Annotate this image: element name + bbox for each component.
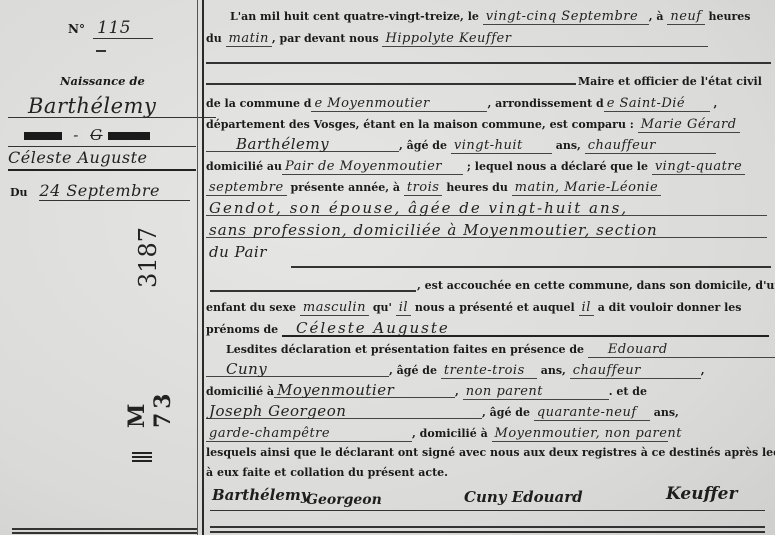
printed-text: , bbox=[714, 97, 718, 110]
handwritten-profession: chauffeur bbox=[585, 139, 716, 154]
signature-witness2: Georgeon bbox=[306, 492, 382, 508]
handwritten-hour: neuf bbox=[667, 10, 704, 25]
blank-rule bbox=[206, 83, 576, 85]
register-number-value: 115 bbox=[93, 18, 153, 39]
redaction-mark bbox=[24, 132, 62, 140]
margin-given-names: Céleste Auguste bbox=[8, 147, 196, 171]
divider-dash bbox=[96, 50, 106, 52]
printed-text: Lesdites déclaration et présentation fai… bbox=[226, 343, 584, 356]
struck-dash: - bbox=[73, 126, 79, 144]
printed-text: , bbox=[701, 364, 705, 377]
printed-text: enfant du sexe bbox=[206, 301, 296, 314]
handwritten-witness1-first: Edouard bbox=[588, 343, 775, 358]
printed-text: , par devant nous bbox=[272, 32, 379, 45]
printed-text: du bbox=[206, 32, 222, 45]
margin-column: N° 115 Naissance de Barthélemy - G Céles… bbox=[0, 0, 202, 535]
stamp-mark bbox=[132, 452, 152, 462]
column-divider bbox=[197, 0, 198, 535]
handwritten-given-names: Céleste Auguste bbox=[282, 321, 769, 337]
printed-text: , âgé de bbox=[482, 406, 530, 419]
handwritten-birth-hour: trois bbox=[404, 181, 443, 196]
line-19: garde-champêtre, domicilié à Moyenmoutie… bbox=[206, 424, 668, 444]
handwritten-pronoun: il bbox=[396, 301, 411, 316]
blank-rule bbox=[206, 62, 771, 64]
printed-text: ans, bbox=[556, 139, 581, 152]
handwritten-witness1-residence: Moyenmoutier bbox=[274, 383, 455, 398]
line-13: enfant du sexe masculin qu' il nous a pr… bbox=[206, 298, 742, 318]
line-12: , est accouchée en cette commune, dans s… bbox=[417, 276, 775, 296]
handwritten-mother-details: Gendot, son épouse, âgée de vingt-huit a… bbox=[206, 201, 767, 216]
line-10: sans profession, domiciliée à Moyenmouti… bbox=[206, 222, 767, 242]
struck-given: G bbox=[90, 126, 102, 144]
printed-text: , âgé de bbox=[389, 364, 437, 377]
margin-surname: Barthélemy bbox=[8, 95, 216, 118]
line-3: Maire et officier de l'état civil bbox=[578, 72, 762, 92]
printed-text: . et de bbox=[609, 385, 647, 398]
printed-text: ; lequel nous a déclaré que le bbox=[467, 160, 648, 173]
handwritten-date: vingt-cinq Septembre bbox=[483, 10, 649, 25]
printed-text: Maire et officier de l'état civil bbox=[578, 75, 762, 88]
line-1: L'an mil huit cent quatre-vingt-treize, … bbox=[230, 7, 750, 27]
signature-mayor: Keuffer bbox=[666, 484, 737, 504]
printed-text: ans, bbox=[654, 406, 679, 419]
line-18: Joseph Georgeon, âgé de quarante-neuf an… bbox=[206, 403, 679, 423]
printed-text: domicilié à bbox=[206, 385, 274, 398]
handwritten-declarant-surname: Barthélemy bbox=[206, 137, 399, 152]
margin-struck-names: - G bbox=[8, 124, 196, 147]
printed-text: ans, bbox=[541, 364, 566, 377]
line-5: département des Vosges, étant en la mais… bbox=[206, 115, 740, 135]
blank-rule bbox=[291, 266, 771, 268]
date-value: 24 Septembre bbox=[39, 181, 190, 201]
printed-text: , âgé de bbox=[399, 139, 447, 152]
handwritten-birth-day: vingt-quatre bbox=[652, 160, 745, 175]
printed-text: a dit vouloir donner les bbox=[598, 301, 742, 314]
printed-text: , bbox=[455, 385, 459, 398]
handwritten-witness1-relation: non parent bbox=[463, 385, 609, 400]
printed-text: , domicilié à bbox=[412, 427, 488, 440]
printed-text: qu' bbox=[373, 301, 392, 314]
handwritten-witness2-residence: Moyenmoutier, non parent bbox=[492, 427, 668, 442]
line-9: Gendot, son épouse, âgée de vingt-huit a… bbox=[206, 200, 767, 220]
signature-declarant: Barthélemy bbox=[212, 486, 310, 504]
certificate-body: L'an mil huit cent quatre-vingt-treize, … bbox=[206, 0, 775, 535]
line-8: septembre présente année, à trois heures… bbox=[206, 178, 661, 198]
handwritten-sex: masculin bbox=[300, 301, 369, 316]
handwritten-witness2-age: quarante-neuf bbox=[534, 406, 650, 421]
printed-text: , à bbox=[649, 10, 664, 23]
printed-text: , est accouchée en cette commune, dans s… bbox=[417, 279, 775, 292]
line-6: Barthélemy, âgé de vingt-huit ans, chauf… bbox=[206, 136, 716, 156]
signature-witness1: Cuny Edouard bbox=[464, 488, 583, 506]
printed-text: de la commune d bbox=[206, 97, 311, 110]
line-21: à eux faite et collation du présent acte… bbox=[206, 463, 448, 483]
handwritten-witness1-age: trente-trois bbox=[441, 364, 537, 379]
margin-heading: Naissance de bbox=[60, 74, 145, 88]
handwritten-witness1-profession: chauffeur bbox=[570, 364, 701, 379]
line-16: Cuny, âgé de trente-trois ans, chauffeur… bbox=[206, 361, 705, 381]
line-2: du matin, par devant nous Hippolyte Keuf… bbox=[206, 29, 708, 49]
printed-text: domicilié au bbox=[206, 160, 282, 173]
stamp-code: M 73 bbox=[124, 350, 176, 428]
handwritten-witness1-surname: Cuny bbox=[206, 362, 389, 377]
handwritten-time-of-day: matin bbox=[226, 32, 272, 47]
line-20: lesquels ainsi que le déclarant ont sign… bbox=[206, 443, 775, 463]
stamp-number: 3187 bbox=[134, 227, 162, 288]
register-number-label: N° bbox=[68, 22, 85, 36]
date-label: Du bbox=[10, 186, 28, 199]
printed-text: à eux faite et collation du présent acte… bbox=[206, 466, 448, 479]
printed-text: département des Vosges, étant en la mais… bbox=[206, 118, 634, 131]
handwritten-commune: e Moyenmoutier bbox=[311, 97, 487, 112]
handwritten-declarant-first: Marie Gérard bbox=[638, 118, 740, 133]
redaction-mark bbox=[108, 132, 150, 140]
margin-date: Du 24 Septembre bbox=[10, 180, 196, 202]
birth-certificate-page: N° 115 Naissance de Barthélemy - G Céles… bbox=[0, 0, 775, 535]
bottom-rule bbox=[210, 526, 765, 528]
printed-text: nous a présenté et auquel bbox=[415, 301, 575, 314]
printed-text: heures bbox=[708, 10, 750, 23]
handwritten-pronoun: il bbox=[579, 301, 594, 316]
handwritten-residence: Pair de Moyenmoutier bbox=[282, 160, 463, 175]
handwritten-section: du Pair bbox=[206, 245, 270, 259]
bottom-rule bbox=[12, 532, 198, 534]
bottom-rule bbox=[210, 531, 765, 533]
line-7: domicilié auPair de Moyenmoutier ; leque… bbox=[206, 157, 745, 177]
line-4: de la commune de Moyenmoutier, arrondiss… bbox=[206, 94, 717, 114]
handwritten-arrondissement: e Saint-Dié bbox=[604, 97, 710, 112]
register-number: N° 115 bbox=[68, 18, 153, 38]
printed-text: , arrondissement d bbox=[487, 97, 603, 110]
handwritten-age: vingt-huit bbox=[451, 139, 552, 154]
handwritten-month: septembre bbox=[206, 181, 287, 196]
line-14: prénoms de Céleste Auguste bbox=[206, 320, 769, 340]
handwritten-witness2-name: Joseph Georgeon bbox=[206, 404, 482, 419]
handwritten-mayor: Hippolyte Keuffer bbox=[382, 32, 708, 47]
column-divider bbox=[202, 0, 204, 535]
line-15: Lesdites déclaration et présentation fai… bbox=[226, 340, 775, 360]
printed-text: lesquels ainsi que le déclarant ont sign… bbox=[206, 446, 775, 459]
signature-rule bbox=[210, 510, 765, 511]
printed-text: présente année, à bbox=[291, 181, 401, 194]
blank-rule bbox=[210, 290, 416, 292]
line-11: du Pair bbox=[206, 244, 270, 264]
bottom-rule bbox=[12, 528, 198, 530]
handwritten-witness2-profession: garde-champêtre bbox=[206, 427, 412, 442]
handwritten-mother-residence: sans profession, domiciliée à Moyenmouti… bbox=[206, 223, 767, 238]
printed-text: prénoms de bbox=[206, 323, 278, 336]
printed-text: L'an mil huit cent quatre-vingt-treize, … bbox=[230, 10, 479, 23]
printed-text: heures du bbox=[446, 181, 508, 194]
line-17: domicilié àMoyenmoutier, non parent. et … bbox=[206, 382, 647, 402]
handwritten-mother: matin, Marie-Léonie bbox=[512, 181, 662, 196]
